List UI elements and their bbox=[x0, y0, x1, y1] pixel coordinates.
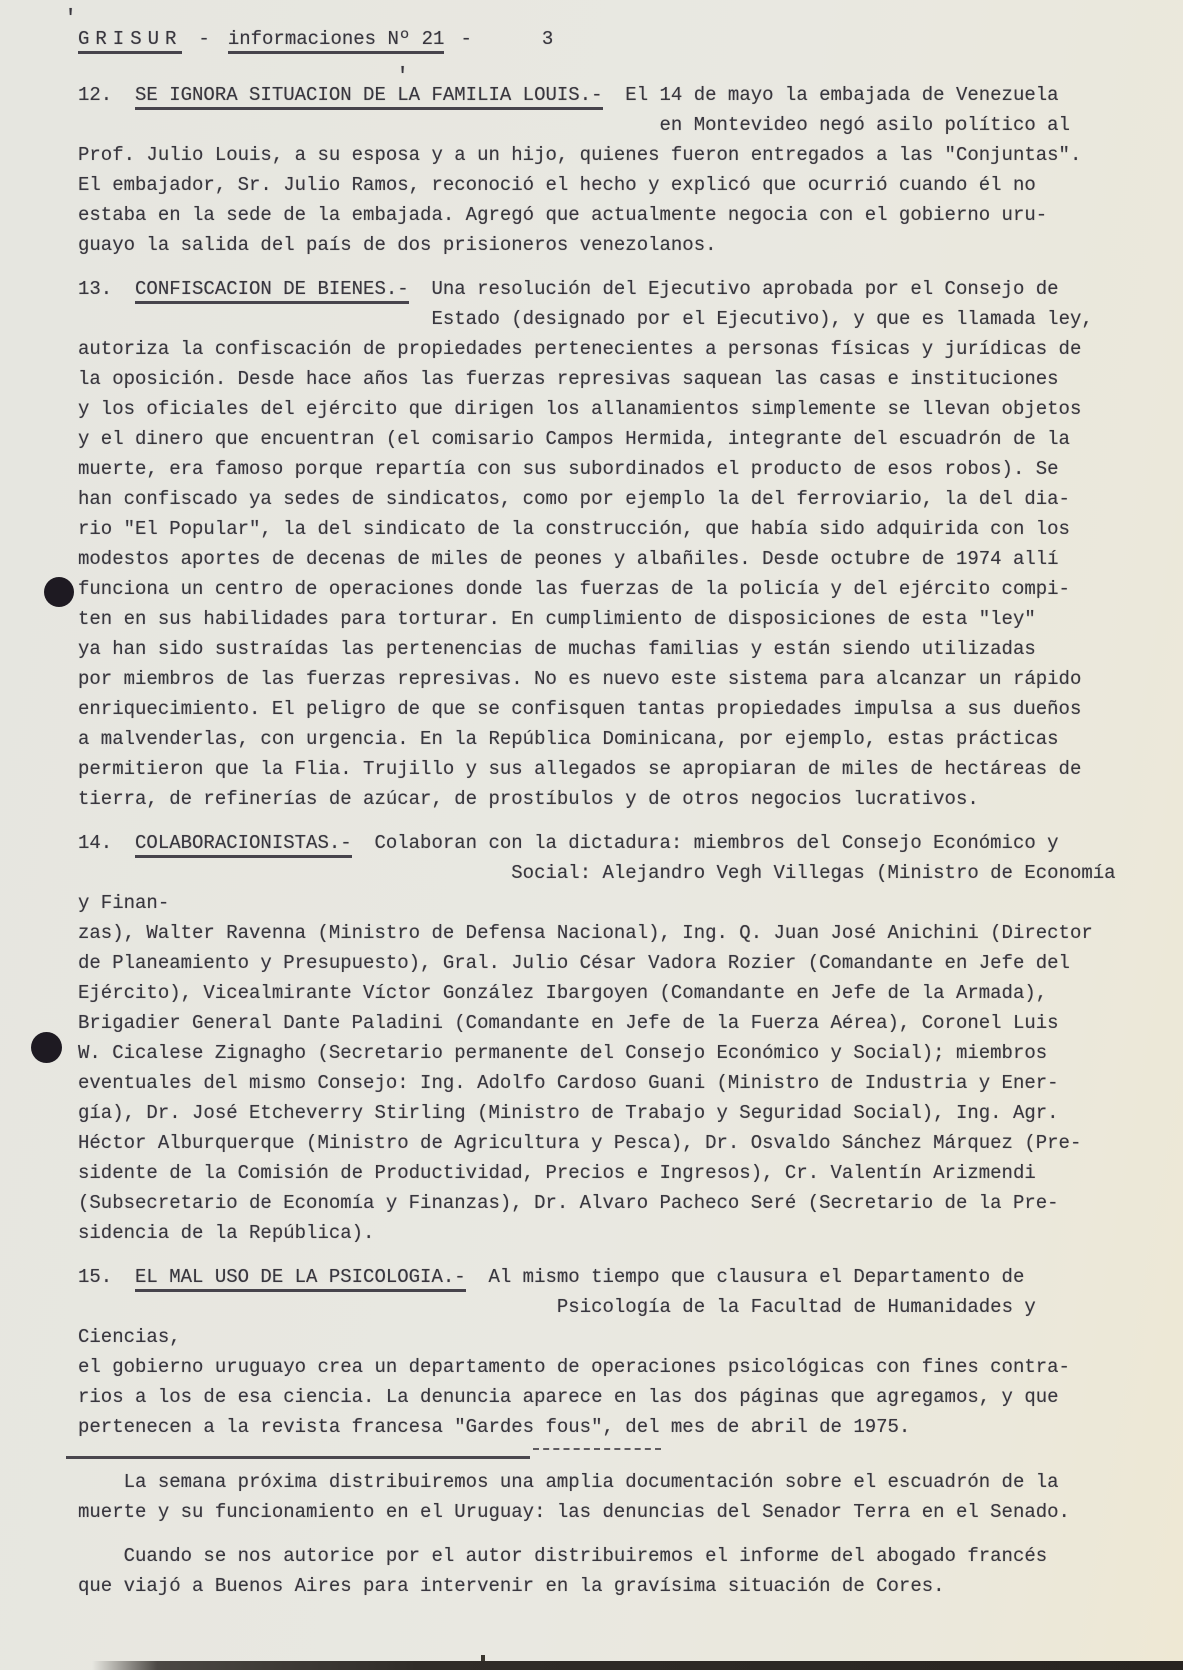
separator-line bbox=[66, 1456, 530, 1459]
footer-note-2: Cuando se nos autorice por el autor dist… bbox=[78, 1541, 1124, 1601]
stray-ink-mark: ' bbox=[396, 64, 409, 89]
footer-note-1: La semana próxima distribuiremos una amp… bbox=[78, 1467, 1124, 1527]
header-dash: - bbox=[460, 24, 471, 54]
header-title-left: GRISUR bbox=[78, 28, 182, 54]
section-number: 15. bbox=[78, 1266, 135, 1288]
section-body: Una resolución del Ejecutivo aprobada po… bbox=[78, 278, 1093, 810]
page-number: 3 bbox=[542, 24, 553, 54]
section-14: 14.COLABORACIONISTAS.-Colaboran con la d… bbox=[78, 828, 1124, 1248]
section-number: 13. bbox=[78, 278, 135, 300]
section-title: COLABORACIONISTAS.- bbox=[135, 832, 352, 858]
section-body: El 14 de mayo la embajada de Venezuela e… bbox=[78, 84, 1081, 256]
section-13: 13.CONFISCACION DE BIENES.-Una resolució… bbox=[78, 274, 1124, 814]
section-15: 15.EL MAL USO DE LA PSICOLOGIA.-Al mismo… bbox=[78, 1262, 1124, 1442]
section-title: EL MAL USO DE LA PSICOLOGIA.- bbox=[135, 1266, 466, 1292]
page-header: GRISUR-informaciones Nº 21-3 bbox=[78, 24, 1183, 54]
section-title: CONFISCACION DE BIENES.- bbox=[135, 278, 409, 304]
section-body: Al mismo tiempo que clausura el Departam… bbox=[78, 1266, 1070, 1438]
punch-hole-dot bbox=[31, 1032, 62, 1063]
section-body: Colaboran con la dictadura: miembros del… bbox=[78, 832, 1127, 1244]
section-number: 14. bbox=[78, 832, 135, 854]
punch-hole-dot bbox=[44, 577, 74, 607]
stray-ink-mark: ' bbox=[64, 6, 77, 31]
document-page: ' ' GRISUR-informaciones Nº 21-3 12.SE I… bbox=[0, 0, 1183, 1670]
section-title: SE IGNORA SITUACION DE LA FAMILIA LOUIS.… bbox=[135, 84, 602, 110]
scan-edge-bottom bbox=[92, 1661, 1183, 1670]
section-number: 12. bbox=[78, 84, 135, 106]
end-dashed-line bbox=[533, 1448, 661, 1450]
header-dash: - bbox=[198, 24, 209, 54]
section-12: 12.SE IGNORA SITUACION DE LA FAMILIA LOU… bbox=[78, 80, 1124, 260]
header-title-center: informaciones Nº 21 bbox=[228, 28, 445, 54]
